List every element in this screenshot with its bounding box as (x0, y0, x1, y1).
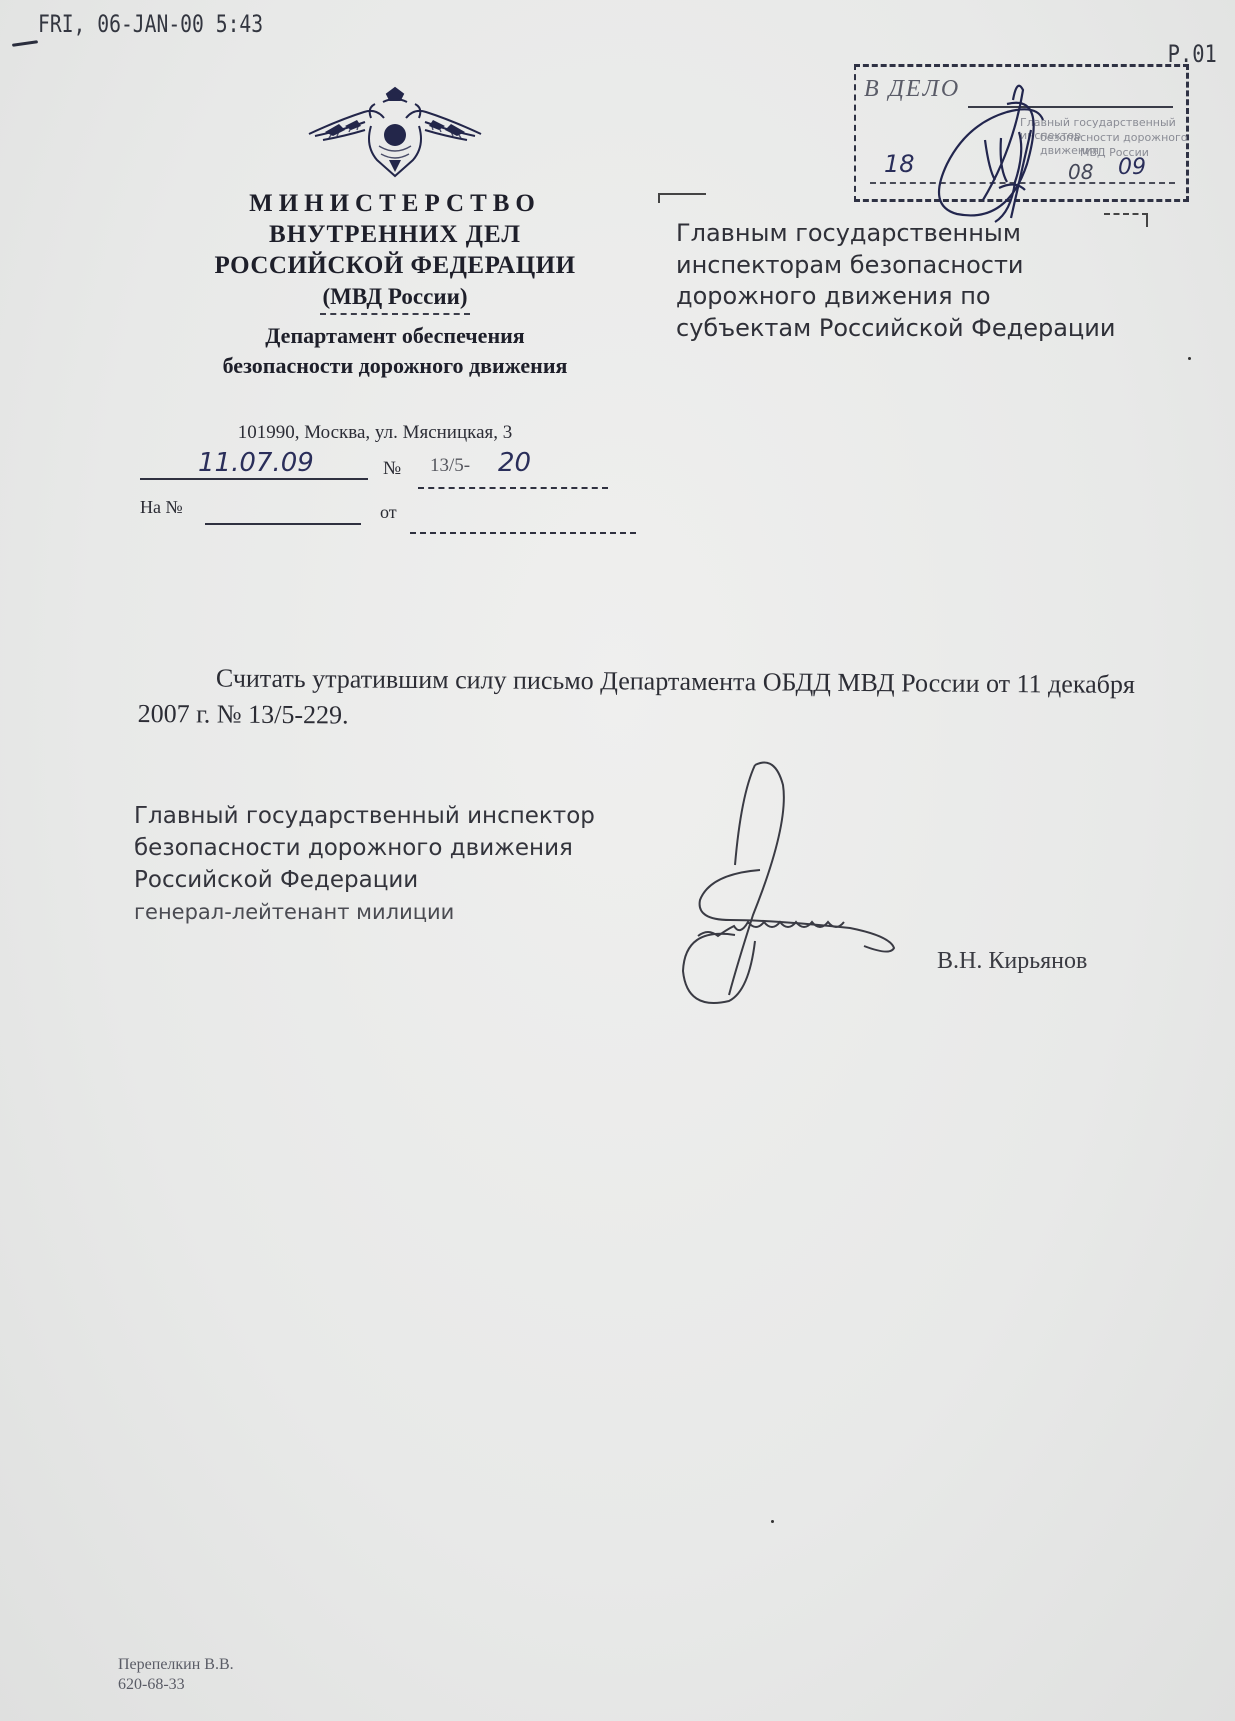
executor-phone: 620-68-33 (118, 1675, 234, 1695)
signatory-name: В.Н. Кирьянов (937, 948, 1087, 975)
ministry-letterhead: МИНИСТЕРСТВО ВНУТРЕННИХ ДЕЛ РОССИЙСКОЙ Ф… (175, 188, 615, 381)
registration-number-label: № (383, 458, 401, 480)
filing-stamp-year: 09 (1118, 155, 1146, 180)
scanned-letter-page: FRI, 06-JAN-00 5:43 P.01 МИНИСТЕРСТВО ВН… (0, 0, 1235, 1721)
letterhead-line: ВНУТРЕННИХ ДЕЛ (175, 219, 615, 250)
addressee-corner-mark (658, 193, 706, 203)
signatory-title-line: Главный государственный инспектор (134, 800, 595, 832)
signatory-title-line: Российской Федерации (134, 864, 595, 896)
registration-number-line (418, 487, 608, 489)
scan-speck (1188, 357, 1191, 360)
reply-from-date-label: от (380, 502, 397, 523)
addressee-line: дорожного движения по (676, 281, 1115, 313)
stamp-signature-icon (915, 80, 1115, 230)
signatory-title-block: Главный государственный инспектор безопа… (134, 800, 595, 928)
letter-body: Считать утратившим силу письмо Департаме… (137, 660, 1134, 739)
letterhead-divider (320, 313, 470, 317)
addressee-line: субъектам Российской Федерации (676, 313, 1115, 345)
executor-info: Перепелкин В.В. 620-68-33 (118, 1655, 234, 1695)
scan-speck (771, 1520, 774, 1523)
handwritten-signature-icon (640, 760, 930, 1010)
registration-date-line (140, 478, 368, 480)
registration-date-handwritten: 11.07.09 (198, 448, 314, 478)
fax-header-timestamp: FRI, 06-JAN-00 5:43 (38, 10, 263, 38)
addressee-block: Главным государственным инспекторам безо… (676, 218, 1115, 344)
reply-to-number-label: На № (140, 497, 183, 518)
letterhead-line: РОССИЙСКОЙ ФЕДЕРАЦИИ (175, 250, 615, 281)
filing-stamp-day: 18 (884, 150, 915, 178)
letter-body-text: Считать утратившим силу письмо Департаме… (138, 664, 1135, 730)
letterhead-line: МИНИСТЕРСТВО (175, 188, 615, 219)
reply-from-date-line (410, 532, 636, 534)
registration-number-prefix: 13/5- (430, 455, 470, 477)
registration-number-handwritten: 20 (498, 448, 531, 478)
department-name-line: безопасности дорожного движения (175, 351, 615, 381)
addressee-line: Главным государственным (676, 218, 1115, 250)
reply-to-number-line (205, 523, 361, 525)
signatory-rank: генерал-лейтенант милиции (134, 896, 595, 928)
letterhead-address: 101990, Москва, ул. Мясницкая, 3 (140, 422, 610, 444)
paragraph-indent (138, 686, 216, 687)
letterhead-line: (МВД России) (175, 281, 615, 312)
executor-name: Перепелкин В.В. (118, 1655, 234, 1675)
fax-pen-mark (12, 40, 38, 47)
mvd-emblem-icon (305, 80, 485, 180)
department-name-line: Департамент обеспечения (175, 321, 615, 351)
signatory-title-line: безопасности дорожного движения (134, 832, 595, 864)
addressee-line: инспекторам безопасности (676, 250, 1115, 282)
